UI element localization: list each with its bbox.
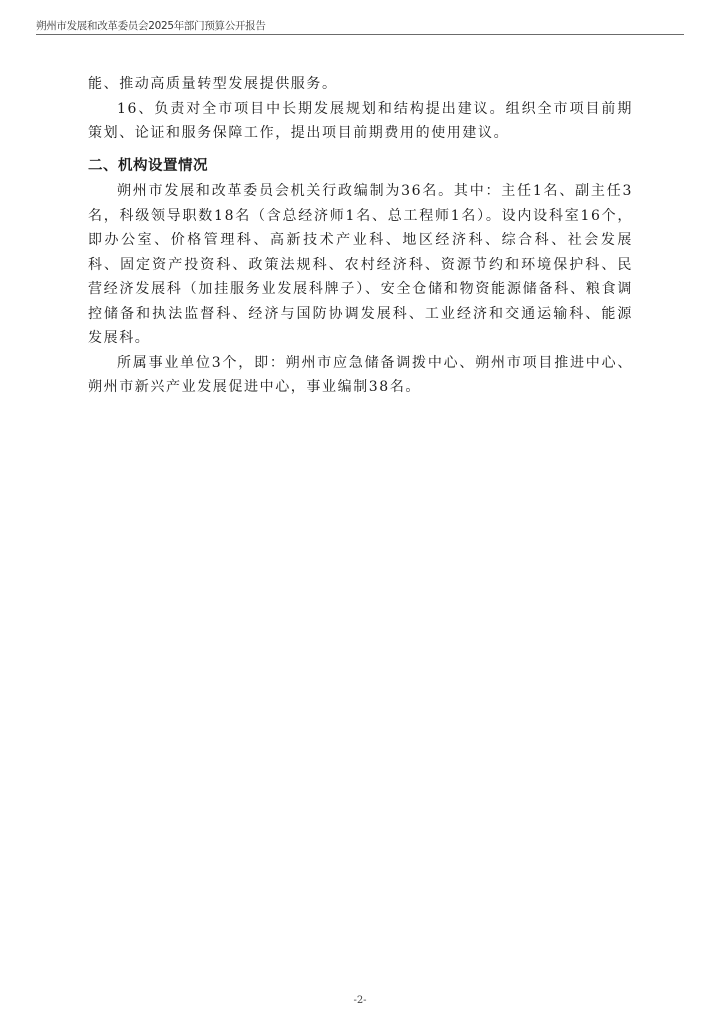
header-divider bbox=[36, 34, 684, 35]
paragraph-affiliated-units: 所属事业单位3个，即：朔州市应急储备调拨中心、朔州市项目推进中心、朔州市新兴产业… bbox=[88, 351, 633, 400]
section-heading: 二、机构设置情况 bbox=[88, 154, 633, 179]
page-number: -2- bbox=[0, 995, 720, 1006]
document-header-title: 朔州市发展和改革委员会2025年部门预算公开报告 bbox=[36, 18, 266, 33]
paragraph-item-16: 16、负责对全市项目中长期发展规划和结构提出建议。组织全市项目前期策划、论证和服… bbox=[88, 97, 633, 146]
paragraph-staffing: 朔州市发展和改革委员会机关行政编制为36名。其中：主任1名、副主任3名，科级领导… bbox=[88, 179, 633, 351]
paragraph-continuation: 能、推动高质量转型发展提供服务。 bbox=[88, 72, 633, 97]
document-body: 能、推动高质量转型发展提供服务。 16、负责对全市项目中长期发展规划和结构提出建… bbox=[88, 72, 633, 400]
